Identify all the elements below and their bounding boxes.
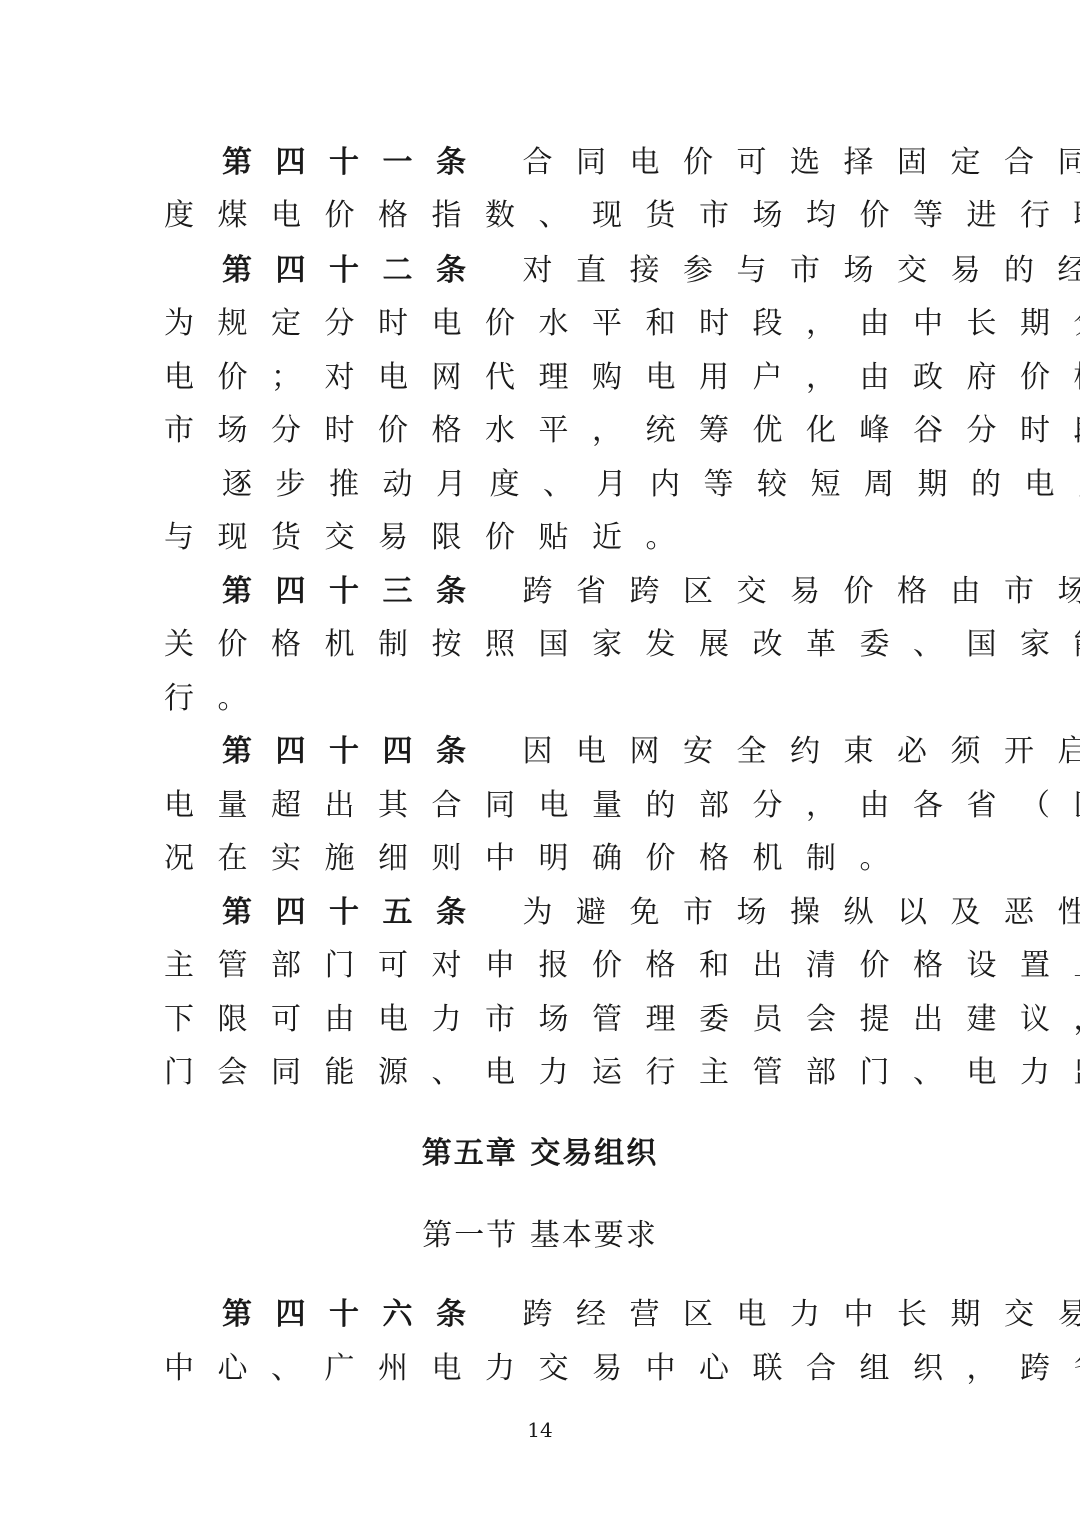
page-number: 14 — [0, 1418, 1080, 1442]
article-42-line-3: 电价；对电网代理购电用户，由政府价格主管部门根据现货 — [164, 360, 924, 396]
article-46-line-1: 第四十六条 跨经营区电力中长期交易由北京电力交易 — [222, 1297, 982, 1333]
article-42-line-1: 第四十二条 对直接参与市场交易的经营主体，不再人 — [222, 253, 982, 289]
article-42-line-2: 为规定分时电价水平和时段，由中长期分时段交易形成分时 — [164, 306, 924, 342]
article-45-line-2: 主管部门可对申报价格和出清价格设置上、下限。价格上、 — [164, 948, 924, 984]
paragraph-line-2: 与现货交易限价贴近。 — [164, 520, 924, 556]
article-45-line-3: 下限可由电力市场管理委员会提出建议，报政府价格主管部 — [164, 1002, 924, 1038]
article-label: 第四十一条 — [222, 145, 490, 180]
article-label: 第四十三条 — [222, 574, 490, 609]
article-label: 第四十五条 — [222, 895, 490, 930]
article-43-line-3: 行。 — [164, 681, 924, 717]
article-45-line-4: 门会同能源、电力运行主管部门、电力监管机构审定。 — [164, 1055, 924, 1091]
article-label: 第四十六条 — [222, 1297, 490, 1332]
section-heading: 第一节 基本要求 — [0, 1218, 1080, 1254]
article-41-line-2: 度煤电价格指数、现货市场均价等进行联动。 — [164, 198, 924, 234]
article-44-line-1: 第四十四条 因电网安全约束必须开启的机组，约束上 — [222, 734, 982, 770]
article-44-line-2: 电量超出其合同电量的部分，由各省（区、市）根据实际情 — [164, 788, 924, 824]
article-44-line-3: 况在实施细则中明确价格机制。 — [164, 841, 924, 877]
chapter-heading: 第五章 交易组织 — [0, 1136, 1080, 1172]
article-46-line-2: 中心、广州电力交易中心联合组织，跨省跨区电力中长期交 — [164, 1351, 924, 1387]
article-label: 第四十四条 — [222, 734, 490, 769]
article-label: 第四十二条 — [222, 253, 490, 288]
document-page: 第四十一条 合同电价可选择固定合同价格，也可与月 度煤电价格指数、现货市场均价等… — [0, 0, 1080, 1528]
article-43-line-2: 关价格机制按照国家发展改革委、国家能源局有关规定执 — [164, 627, 924, 663]
article-43-line-1: 第四十三条 跨省跨区交易价格由市场化方式形成，相 — [222, 574, 982, 610]
article-41-line-1: 第四十一条 合同电价可选择固定合同价格，也可与月 — [222, 145, 982, 181]
article-45-line-1: 第四十五条 为避免市场操纵以及恶性竞争，政府价格 — [222, 895, 982, 931]
article-42-line-4: 市场分时价格水平，统筹优化峰谷分时段和价格浮动比例。 — [164, 413, 924, 449]
paragraph-line-1: 逐步推动月度、月内等较短周期的电力中长期交易限价 — [222, 467, 982, 503]
